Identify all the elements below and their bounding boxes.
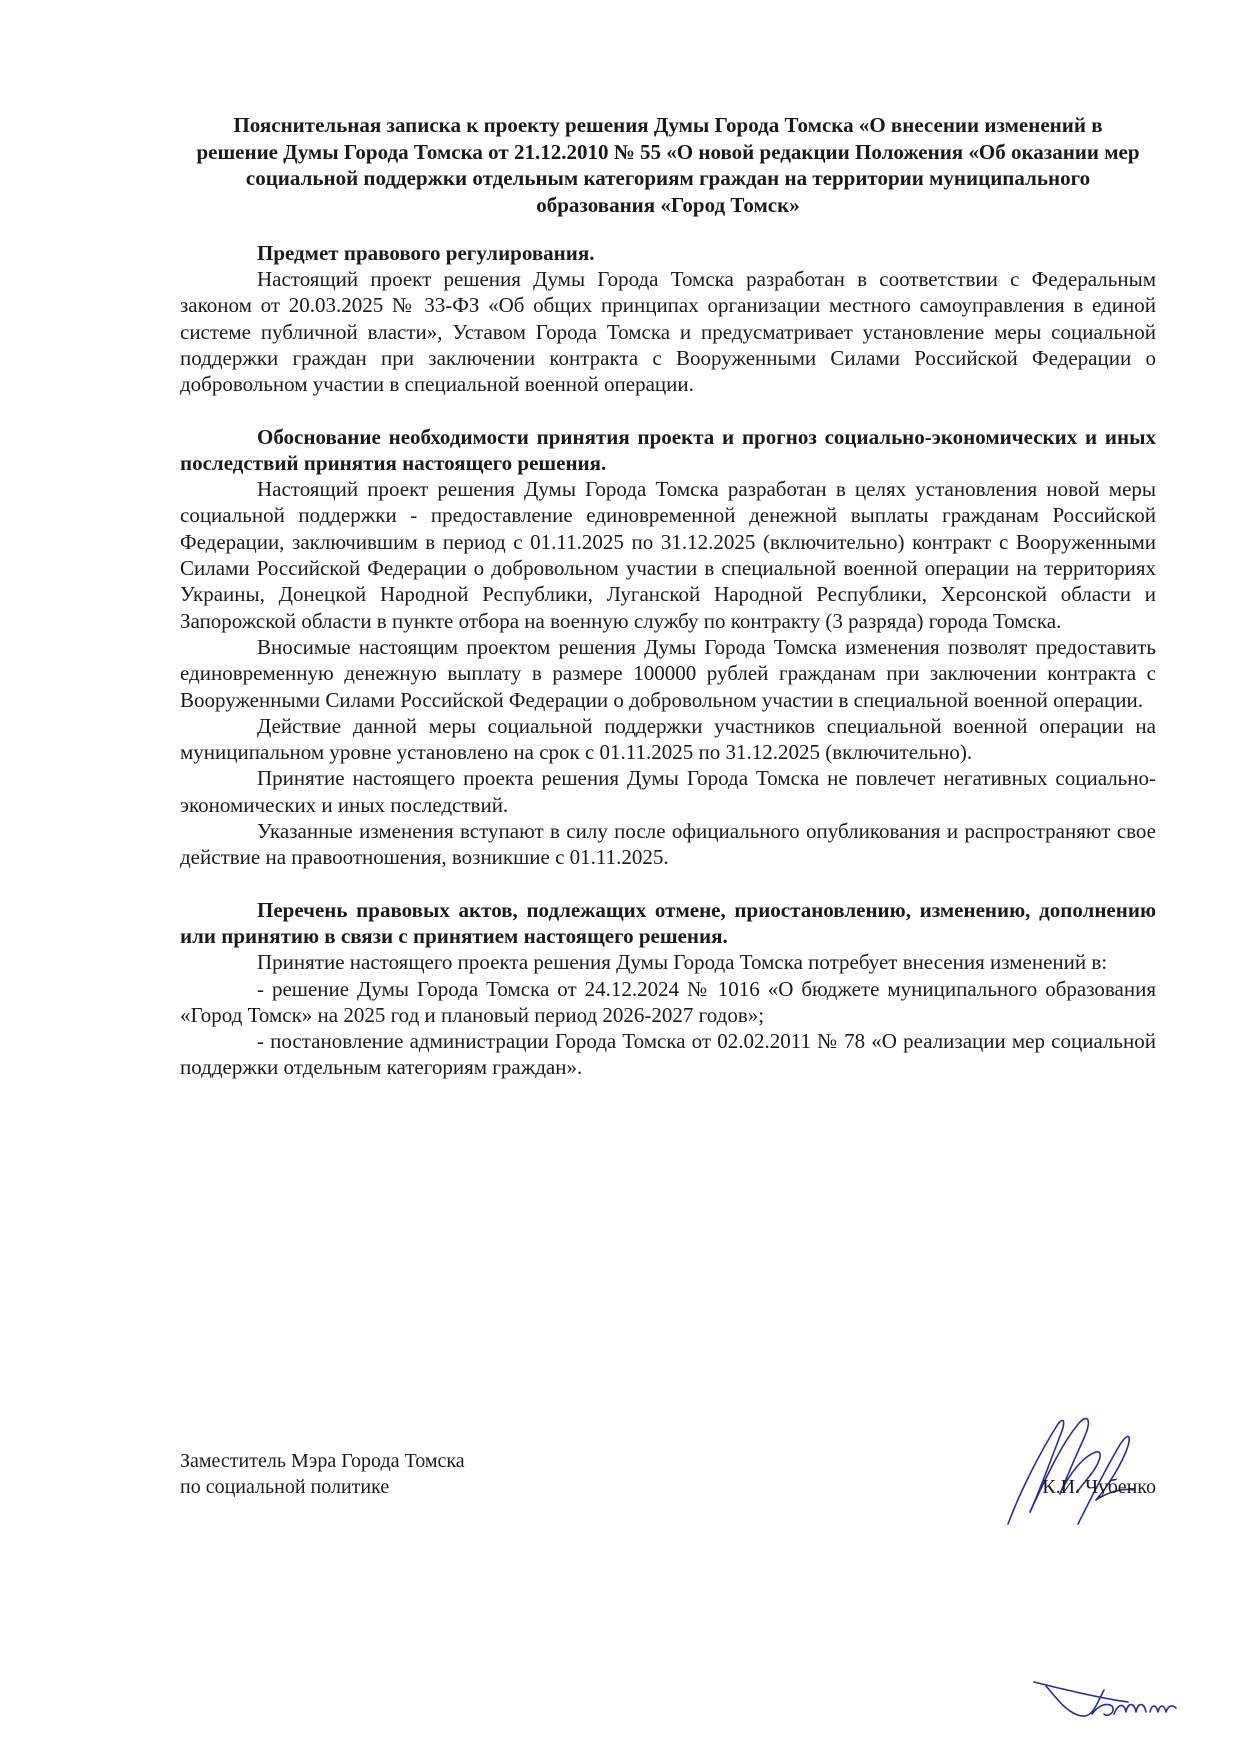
paragraph: Настоящий проект решения Думы Города Том… [180,266,1156,397]
paragraph: Настоящий проект решения Думы Города Том… [180,476,1156,634]
handwritten-signature-icon [1000,1412,1170,1532]
section-heading: Обоснование необходимости принятия проек… [180,424,1156,477]
handwritten-initials-icon [1028,1672,1188,1732]
section-heading: Предмет правового регулирования. [180,240,1156,266]
paragraph: Принятие настоящего проекта решения Думы… [180,765,1156,818]
section-justification: Обоснование необходимости принятия проек… [180,424,1156,871]
section-heading: Перечень правовых актов, подлежащих отме… [180,897,1156,950]
signatory-position-line1: Заместитель Мэра Города Томска [180,1448,465,1474]
signatory-name: К.И. Чубенко [1042,1474,1156,1500]
section-regulation-subject: Предмет правового регулирования. Настоящ… [180,240,1156,398]
document-page: Пояснительная записка к проекту решения … [180,112,1156,1107]
paragraph: Указанные изменения вступают в силу посл… [180,818,1156,871]
document-title: Пояснительная записка к проекту решения … [180,112,1156,219]
list-item: - решение Думы Города Томска от 24.12.20… [180,976,1156,1029]
paragraph: Вносимые настоящим проектом решения Думы… [180,634,1156,713]
paragraph: Принятие настоящего проекта решения Думы… [180,949,1156,975]
section-legal-acts-list: Перечень правовых актов, подлежащих отме… [180,897,1156,1081]
signatory-position: Заместитель Мэра Города Томска по социал… [180,1448,465,1500]
signature-block: Заместитель Мэра Города Томска по социал… [180,1448,1156,1528]
signatory-position-line2: по социальной политике [180,1474,465,1500]
list-item: - постановление администрации Города Том… [180,1028,1156,1081]
paragraph: Действие данной меры социальной поддержк… [180,713,1156,766]
